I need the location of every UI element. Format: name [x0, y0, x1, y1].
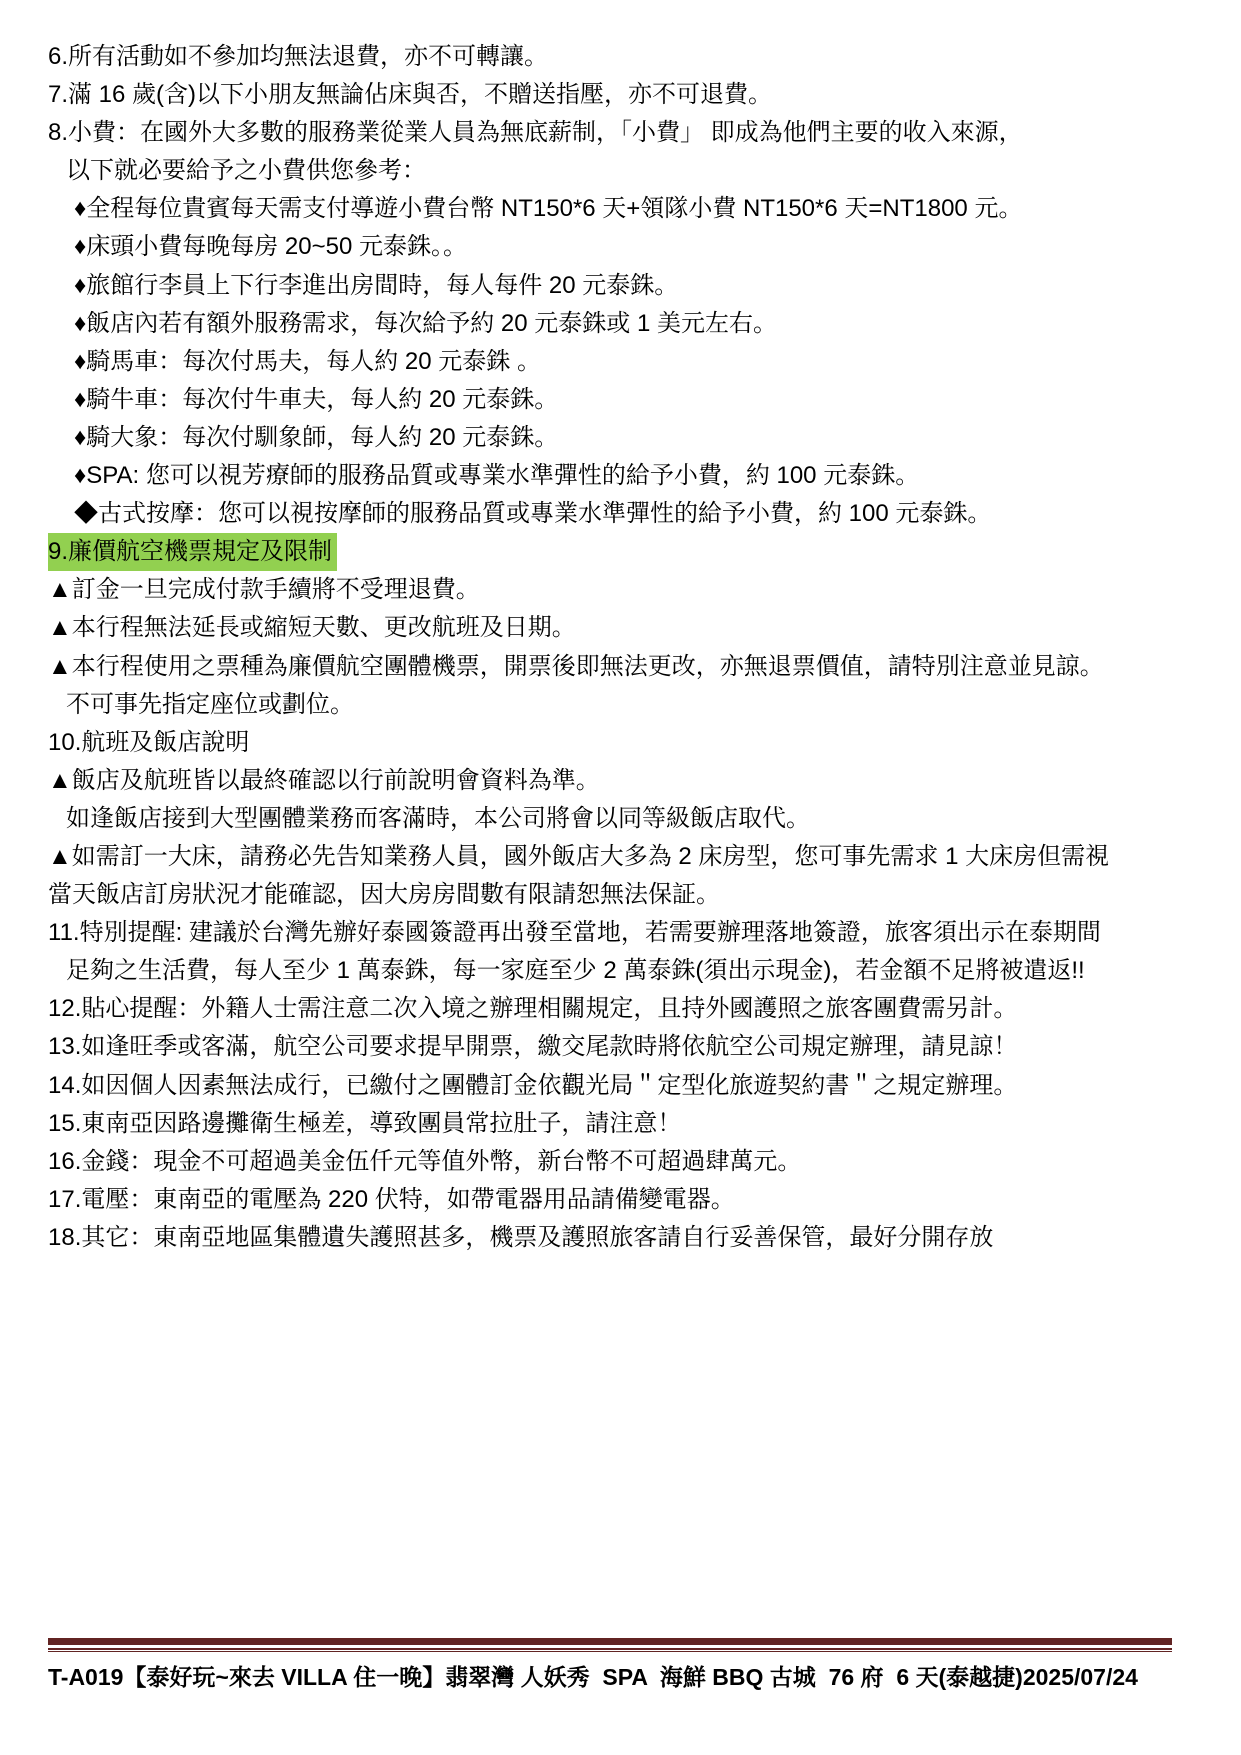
terms-line: 9.廉價航空機票規定及限制 — [0, 533, 1241, 571]
footer-title: T-A019【泰好玩~來去 VILLA 住一晚】翡翠灣 人妖秀 SPA 海鮮 B… — [48, 1659, 1172, 1692]
terms-line-text: ▲飯店及航班皆以最終確認以行前說明會資料為準。 — [48, 767, 600, 794]
terms-line-text: 13.如逢旺季或客滿，航空公司要求提早開票，繳交尾款時將依航空公司規定辦理，請見… — [48, 1033, 1017, 1060]
terms-line: 15.東南亞因路邊攤衛生極差，導致團員常拉肚子，請注意！ — [0, 1105, 1241, 1143]
terms-line: 當天飯店訂房狀況才能確認，因大房房間數有限請恕無法保証。 — [0, 876, 1241, 914]
terms-line: 17.電壓：東南亞的電壓為 220 伏特，如帶電器用品請備變電器。 — [0, 1181, 1241, 1219]
terms-line: 7.滿 16 歲(含)以下小朋友無論佔床與否，不贈送指壓，亦不可退費。 — [0, 76, 1241, 114]
terms-line-text: 14.如因個人因素無法成行，已繳付之團體訂金依觀光局＂定型化旅遊契約書＂之規定辦… — [48, 1072, 1017, 1099]
terms-line-text: 足夠之生活費，每人至少 1 萬泰銖，每一家庭至少 2 萬泰銖(須出示現金)，若金… — [66, 957, 1085, 984]
terms-line-text: ♦飯店內若有額外服務需求，每次給予約 20 元泰銖或 1 美元左右。 — [74, 310, 777, 337]
terms-line-text: 不可事先指定座位或劃位。 — [66, 691, 354, 718]
terms-line-text: ♦旅館行李員上下行李進出房間時，每人每件 20 元泰銖。 — [74, 272, 678, 299]
terms-line: 以下就必要給予之小費供您參考： — [0, 152, 1241, 190]
terms-line: ◆古式按摩：您可以視按摩師的服務品質或專業水準彈性的給予小費，約 100 元泰銖… — [0, 495, 1241, 533]
terms-line-text: 8.小費：在國外大多數的服務業從業人員為無底薪制，「小費」 即成為他們主要的收入… — [48, 119, 1023, 146]
terms-line-text: ♦全程每位貴賓每天需支付導遊小費台幣 NT150*6 天+領隊小費 NT150*… — [74, 195, 1022, 222]
terms-line-text: 12.貼心提醒：外籍人士需注意二次入境之辦理相關規定，且持外國護照之旅客團費需另… — [48, 995, 1017, 1022]
terms-line-text: 17.電壓：東南亞的電壓為 220 伏特，如帶電器用品請備變電器。 — [48, 1186, 735, 1213]
terms-line: ♦騎牛車：每次付牛車夫，每人約 20 元泰銖。 — [0, 381, 1241, 419]
terms-line: 不可事先指定座位或劃位。 — [0, 686, 1241, 724]
terms-line: 11.特別提醒: 建議於台灣先辦好泰國簽證再出發至當地，若需要辦理落地簽證，旅客… — [0, 914, 1241, 952]
terms-line: 10.航班及飯店說明 — [0, 724, 1241, 762]
footer-divider-mid-bar — [48, 1648, 1172, 1650]
terms-line-text: 6.所有活動如不參加均無法退費，亦不可轉讓。 — [48, 43, 548, 70]
footer-divider-thick-bar — [48, 1638, 1172, 1645]
terms-line: ▲飯店及航班皆以最終確認以行前說明會資料為準。 — [0, 762, 1241, 800]
terms-line: 足夠之生活費，每人至少 1 萬泰銖，每一家庭至少 2 萬泰銖(須出示現金)，若金… — [0, 952, 1241, 990]
terms-line-text: ♦騎馬車：每次付馬夫，每人約 20 元泰銖 。 — [74, 348, 541, 375]
terms-line: 6.所有活動如不參加均無法退費，亦不可轉讓。 — [0, 38, 1241, 76]
terms-line: ▲訂金一旦完成付款手續將不受理退費。 — [0, 571, 1241, 609]
terms-line: 12.貼心提醒：外籍人士需注意二次入境之辦理相關規定，且持外國護照之旅客團費需另… — [0, 990, 1241, 1028]
terms-line: ♦騎馬車：每次付馬夫，每人約 20 元泰銖 。 — [0, 343, 1241, 381]
terms-line-text: 11.特別提醒: 建議於台灣先辦好泰國簽證再出發至當地，若需要辦理落地簽證，旅客… — [48, 919, 1101, 946]
terms-line: 如逢飯店接到大型團體業務而客滿時，本公司將會以同等級飯店取代。 — [0, 800, 1241, 838]
document-page: 6.所有活動如不參加均無法退費，亦不可轉讓。7.滿 16 歲(含)以下小朋友無論… — [0, 0, 1241, 1755]
terms-line: ♦旅館行李員上下行李進出房間時，每人每件 20 元泰銖。 — [0, 267, 1241, 305]
terms-line: ▲本行程無法延長或縮短天數、更改航班及日期。 — [0, 609, 1241, 647]
terms-line-text: 7.滿 16 歲(含)以下小朋友無論佔床與否，不贈送指壓，亦不可退費。 — [48, 81, 772, 108]
terms-line: ♦騎大象：每次付馴象師，每人約 20 元泰銖。 — [0, 419, 1241, 457]
footer-divider — [48, 1638, 1172, 1652]
terms-line: ♦全程每位貴賓每天需支付導遊小費台幣 NT150*6 天+領隊小費 NT150*… — [0, 190, 1241, 228]
terms-line-text: ▲如需訂一大床，請務必先告知業務人員，國外飯店大多為 2 床房型，您可事先需求 … — [48, 843, 1109, 870]
terms-line: 14.如因個人因素無法成行，已繳付之團體訂金依觀光局＂定型化旅遊契約書＂之規定辦… — [0, 1067, 1241, 1105]
terms-line-text: ▲訂金一旦完成付款手續將不受理退費。 — [48, 576, 480, 603]
terms-list: 6.所有活動如不參加均無法退費，亦不可轉讓。7.滿 16 歲(含)以下小朋友無論… — [0, 38, 1241, 1257]
footer-divider-thin-bar — [48, 1651, 1172, 1652]
terms-line-text: ▲本行程使用之票種為廉價航空團體機票，開票後即無法更改，亦無退票價值，請特別注意… — [48, 653, 1104, 680]
page-footer: T-A019【泰好玩~來去 VILLA 住一晚】翡翠灣 人妖秀 SPA 海鮮 B… — [48, 1638, 1172, 1692]
terms-line-text: ◆古式按摩：您可以視按摩師的服務品質或專業水準彈性的給予小費，約 100 元泰銖… — [74, 500, 991, 527]
terms-line-text: 16.金錢：現金不可超過美金伍仟元等值外幣，新台幣不可超過肆萬元。 — [48, 1148, 801, 1175]
terms-line-text: 以下就必要給予之小費供您參考： — [66, 157, 426, 184]
terms-line: 16.金錢：現金不可超過美金伍仟元等值外幣，新台幣不可超過肆萬元。 — [0, 1143, 1241, 1181]
terms-line: 13.如逢旺季或客滿，航空公司要求提早開票，繳交尾款時將依航空公司規定辦理，請見… — [0, 1028, 1241, 1066]
terms-line-text: ♦騎大象：每次付馴象師，每人約 20 元泰銖。 — [74, 424, 558, 451]
terms-line-text: 10.航班及飯店說明 — [48, 729, 249, 756]
terms-line-text: 18.其它：東南亞地區集體遺失護照甚多，機票及護照旅客請自行妥善保管，最好分開存… — [48, 1224, 993, 1251]
terms-line: ▲如需訂一大床，請務必先告知業務人員，國外飯店大多為 2 床房型，您可事先需求 … — [0, 838, 1241, 876]
terms-line-text: 如逢飯店接到大型團體業務而客滿時，本公司將會以同等級飯店取代。 — [66, 805, 810, 832]
terms-line-text: ♦床頭小費每晚每房 20~50 元泰銖。。 — [74, 233, 467, 260]
terms-line-text: 15.東南亞因路邊攤衛生極差，導致團員常拉肚子，請注意！ — [48, 1110, 681, 1137]
terms-line: ♦SPA: 您可以視芳療師的服務品質或專業水準彈性的給予小費，約 100 元泰銖… — [0, 457, 1241, 495]
terms-line: 8.小費：在國外大多數的服務業從業人員為無底薪制，「小費」 即成為他們主要的收入… — [0, 114, 1241, 152]
terms-line-text: 當天飯店訂房狀況才能確認，因大房房間數有限請恕無法保証。 — [48, 881, 720, 908]
terms-line: 18.其它：東南亞地區集體遺失護照甚多，機票及護照旅客請自行妥善保管，最好分開存… — [0, 1219, 1241, 1257]
terms-line-text: ♦SPA: 您可以視芳療師的服務品質或專業水準彈性的給予小費，約 100 元泰銖… — [74, 462, 919, 489]
terms-line: ♦床頭小費每晚每房 20~50 元泰銖。。 — [0, 228, 1241, 266]
terms-line-text: ▲本行程無法延長或縮短天數、更改航班及日期。 — [48, 614, 576, 641]
terms-line: ♦飯店內若有額外服務需求，每次給予約 20 元泰銖或 1 美元左右。 — [0, 305, 1241, 343]
terms-line-text: ♦騎牛車：每次付牛車夫，每人約 20 元泰銖。 — [74, 386, 558, 413]
highlighted-heading: 9.廉價航空機票規定及限制 — [48, 533, 337, 571]
terms-line: ▲本行程使用之票種為廉價航空團體機票，開票後即無法更改，亦無退票價值，請特別注意… — [0, 648, 1241, 686]
